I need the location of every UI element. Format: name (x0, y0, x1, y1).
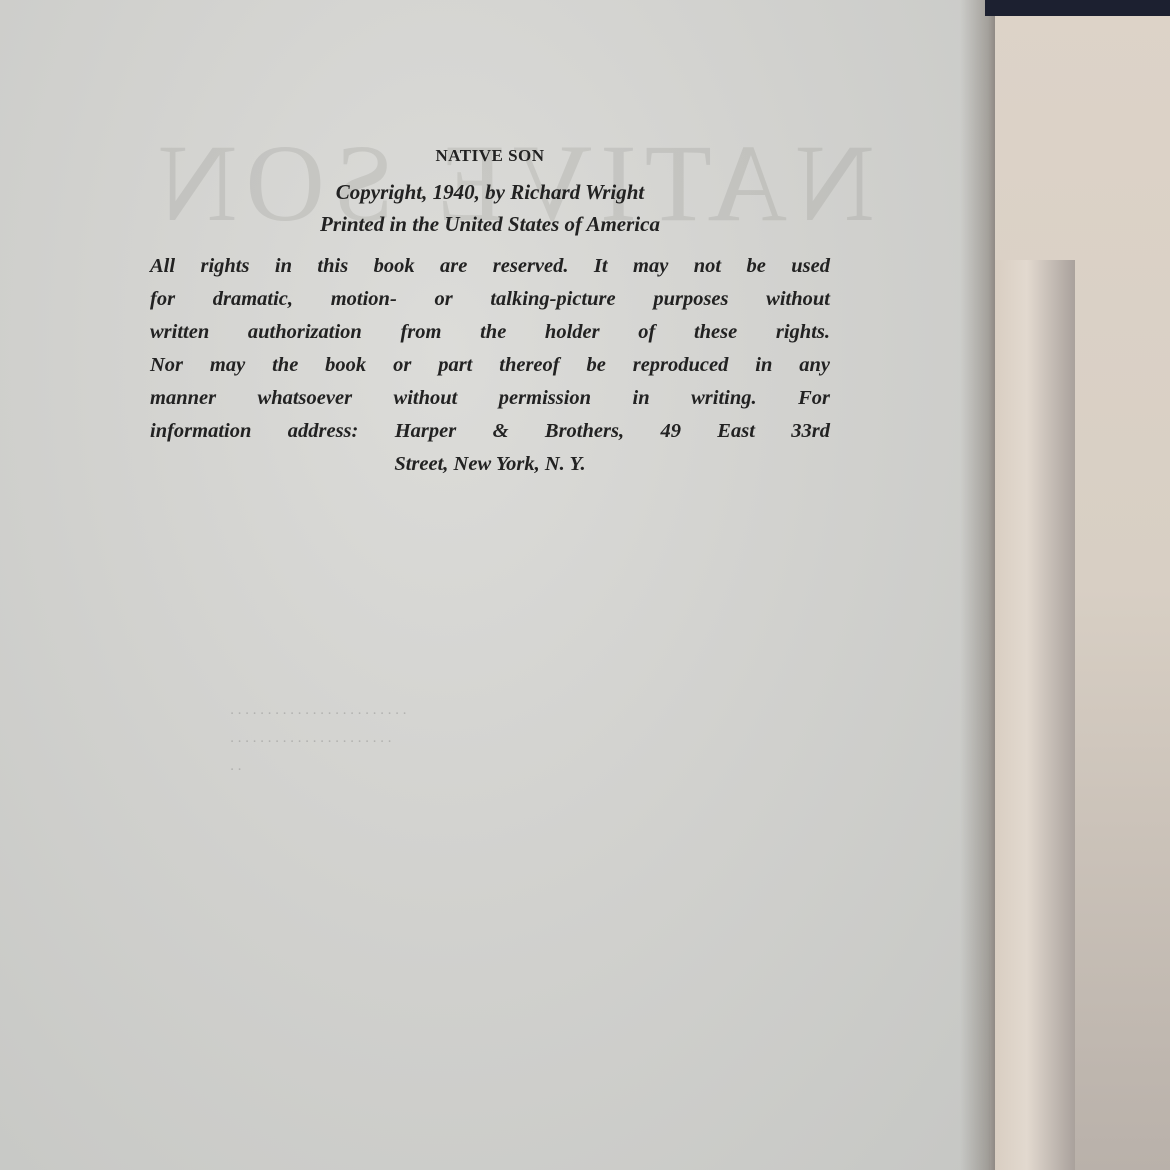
rights-line: manner whatsoever without permission in … (150, 382, 830, 415)
rights-line: written authorization from the holder of… (150, 316, 830, 349)
show-through-text: · · · · · · · · · · · · · · · · · · · · … (230, 700, 730, 784)
page-edge-shadow (960, 0, 1000, 1170)
board-sheen (995, 260, 1075, 1170)
book-title: NATIVE SON (150, 146, 830, 166)
printed-line: Printed in the United States of America (150, 208, 830, 240)
dark-background-strip (985, 0, 1170, 16)
rights-line: Street, New York, N. Y. (150, 448, 830, 481)
rights-line: Nor may the book or part thereof be repr… (150, 349, 830, 382)
rights-paragraph: All rights in this book are reserved. It… (150, 250, 830, 481)
rights-line: information address: Harper & Brothers, … (150, 415, 830, 448)
rights-line: for dramatic, motion- or talking-picture… (150, 283, 830, 316)
book-page: NATIVE SON · · · · · · · · · · · · · · ·… (0, 0, 990, 1170)
copyright-block: NATIVE SON Copyright, 1940, by Richard W… (150, 140, 830, 481)
book-back-board (995, 0, 1170, 1170)
copyright-line: Copyright, 1940, by Richard Wright (150, 176, 830, 208)
rights-line: All rights in this book are reserved. It… (150, 250, 830, 283)
